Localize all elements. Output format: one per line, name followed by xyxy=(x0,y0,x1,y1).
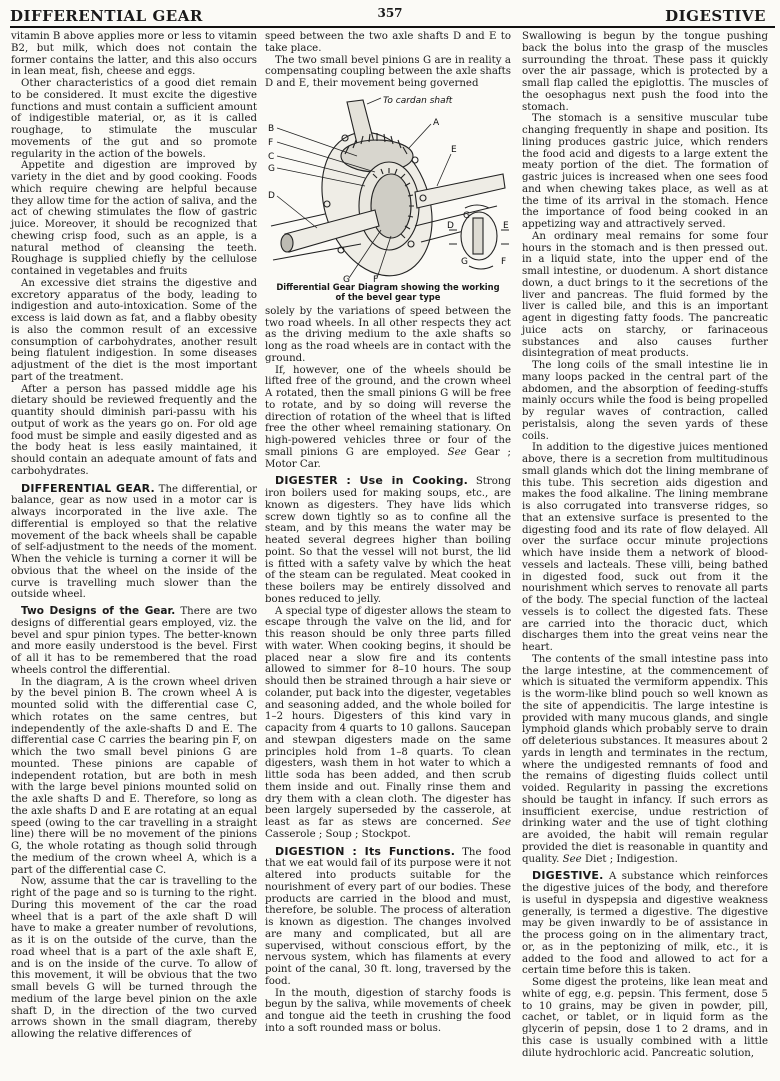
entry-differential-gear: DIFFERENTIAL GEAR. The differential, or … xyxy=(11,483,257,602)
paragraph: Appetite and digestion are improved by v… xyxy=(11,160,257,278)
paragraph: Now, assume that the car is travelling t… xyxy=(11,876,257,1041)
caption-line-2: of the bevel gear type xyxy=(265,292,511,302)
paragraph: After a person has passed middle age his… xyxy=(11,384,257,478)
entry-text: Strong iron boilers used for making soup… xyxy=(265,476,511,605)
paragraph: Some digest the proteins, like lean meat… xyxy=(522,977,768,1059)
paragraph: The stomach is a sensitive muscular tube… xyxy=(522,113,768,231)
inset-label-g2: G xyxy=(461,257,468,267)
column-2: speed between the two axle shafts D and … xyxy=(265,31,511,1035)
paragraph: solely by the variations of speed betwee… xyxy=(265,306,511,365)
label-b: B xyxy=(268,124,274,134)
page-number: 357 xyxy=(0,6,780,20)
paragraph: An ordinary meal remains for some four h… xyxy=(522,231,768,360)
differential-gear-illustration: To cardan shaft B A F C G E D G F G D E … xyxy=(265,94,511,282)
inset-label-g: G xyxy=(463,211,470,221)
label-c: C xyxy=(268,152,274,162)
paragraph-text: The contents of the small intestine pass… xyxy=(522,654,768,865)
entry-digestion: DIGESTION : Its Functions. The food that… xyxy=(265,846,511,988)
label-g: G xyxy=(268,164,275,174)
caption-line-1: Differential Gear Diagram showing the wo… xyxy=(265,282,511,292)
paragraph: An excessive diet strains the digestive … xyxy=(11,278,257,384)
paragraph: In the diagram, A is the crown wheel dri… xyxy=(11,677,257,877)
paragraph: The two small bevel pinions G are in rea… xyxy=(265,55,511,90)
inset-label-f: F xyxy=(501,257,506,267)
paragraph: Other characteristics of a good diet rem… xyxy=(11,78,257,160)
entry-digestive: DIGESTIVE. A substance which reinforces … xyxy=(522,870,768,977)
entry-text: The differential, or balance, gear as no… xyxy=(11,484,257,601)
encyclopedia-page: DIFFERENTIAL GEAR 357 DIGESTIVE vitamin … xyxy=(0,0,780,1081)
paragraph: Swallowing is begun by the tongue pushin… xyxy=(522,31,768,113)
paragraph: speed between the two axle shafts D and … xyxy=(265,31,511,55)
see-also-label: See xyxy=(448,447,467,458)
cross-reference: Casserole ; Soup ; Stockpot. xyxy=(265,829,411,840)
paragraph: The contents of the small intestine pass… xyxy=(522,654,768,866)
entry-digester: DIGESTER : Use in Cooking. Strong iron b… xyxy=(265,475,511,605)
subheading: Two Designs of the Gear. xyxy=(21,605,175,617)
paragraph: A special type of digester allows the st… xyxy=(265,606,511,841)
paragraph-text: If, however, one of the wheels should be… xyxy=(265,365,511,458)
column-1: vitamin B above applies more or less to … xyxy=(11,31,257,1041)
cross-reference: Diet ; Indigestion. xyxy=(585,854,678,865)
paragraph: If, however, one of the wheels should be… xyxy=(265,365,511,471)
headword: DIGESTION : Its Functions. xyxy=(275,845,455,858)
column-3: Swallowing is begun by the tongue pushin… xyxy=(522,31,768,1059)
running-header: DIFFERENTIAL GEAR 357 DIGESTIVE xyxy=(0,0,780,24)
paragraph-text: A special type of digester allows the st… xyxy=(265,606,511,829)
entry-text: The food that we eat would fail of its p… xyxy=(265,847,511,987)
see-also-label: See xyxy=(492,817,511,828)
label-f: F xyxy=(268,138,273,148)
differential-gear-figure: To cardan shaft B A F C G E D G F G D E … xyxy=(265,94,511,302)
paragraph: In addition to the digestive juices ment… xyxy=(522,442,768,654)
figure-caption: Differential Gear Diagram showing the wo… xyxy=(265,282,511,302)
label-g-lower: G xyxy=(343,275,350,282)
paragraph: In the mouth, digestion of starchy foods… xyxy=(265,988,511,1035)
inset-label-e: E xyxy=(503,221,509,231)
label-cardan-shaft: To cardan shaft xyxy=(383,96,453,106)
label-e: E xyxy=(451,145,457,155)
headword: DIGESTIVE. xyxy=(532,869,604,882)
paragraph: The long coils of the small intestine li… xyxy=(522,360,768,442)
entry-text: A substance which reinforces the digesti… xyxy=(522,871,768,976)
header-rule xyxy=(10,26,775,28)
headword: DIGESTER : Use in Cooking. xyxy=(275,474,468,487)
label-d: D xyxy=(268,191,275,201)
see-also-label: See xyxy=(563,854,582,865)
inset-label-d: D xyxy=(447,221,454,231)
paragraph: vitamin B above applies more or less to … xyxy=(11,31,257,78)
label-f-lower: F xyxy=(373,275,378,282)
section-two-designs: Two Designs of the Gear. There are two d… xyxy=(11,606,257,677)
headword: DIFFERENTIAL GEAR. xyxy=(21,482,155,495)
label-a: A xyxy=(433,118,440,128)
